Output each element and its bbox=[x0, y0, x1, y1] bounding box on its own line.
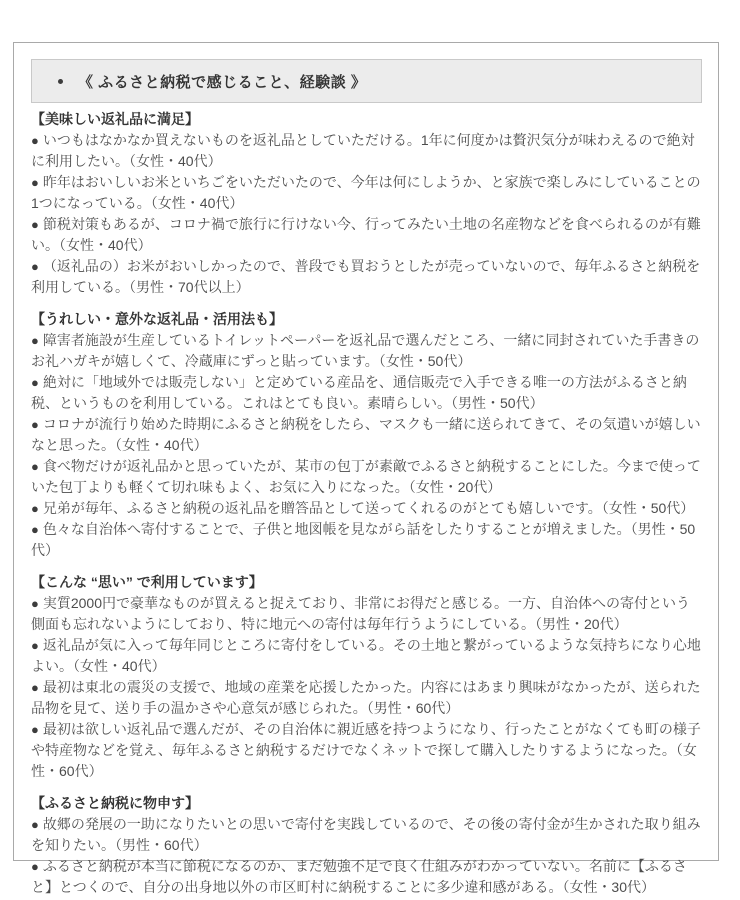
testimonial-text: （返礼品の）お米がおいしかったので、普段でも買おうとしたが売っていないので、毎年… bbox=[31, 258, 700, 295]
section-heading: 【こんな “思い” で利用しています】 bbox=[31, 572, 702, 593]
testimonial-item: ●コロナが流行り始めた時期にふるさと納税をしたら、マスクも一緒に送られてきて、そ… bbox=[31, 414, 702, 456]
bullet-icon: ● bbox=[31, 680, 39, 695]
testimonial-item: ●昨年はおいしいお米といちごをいただいたので、今年は何にしようか、と家族で楽しみ… bbox=[31, 172, 702, 214]
section-heading: 【美味しい返礼品に満足】 bbox=[31, 109, 702, 130]
notice-bar: 《 ふるさと納税で感じること、経験談 》 bbox=[31, 59, 702, 103]
page-frame: 《 ふるさと納税で感じること、経験談 》 【美味しい返礼品に満足】 ●いつもはな… bbox=[13, 42, 719, 861]
testimonial-item: ●故郷の発展の一助になりたいとの思いで寄付を実践しているので、その後の寄付金が生… bbox=[31, 814, 702, 856]
bullet-icon: ● bbox=[31, 859, 39, 874]
testimonial-text: 食べ物だけが返礼品かと思っていたが、某市の包丁が素敵でふるさと納税することにした… bbox=[31, 458, 701, 495]
bullet-icon: ● bbox=[31, 175, 39, 190]
page-title: 《 ふるさと納税で感じること、経験談 》 bbox=[78, 71, 366, 92]
section-unexpected-gifts: 【うれしい・意外な返礼品・活用法も】 ●障害者施設が生産しているトイレットペーパ… bbox=[31, 309, 702, 561]
bullet-icon: ● bbox=[31, 259, 39, 274]
section-motivations: 【こんな “思い” で利用しています】 ●実質2000円で豪華なものが買えると捉… bbox=[31, 572, 702, 782]
bullet-icon: ● bbox=[31, 596, 39, 611]
testimonial-item: ●いつもはなかなか買えないものを返礼品としていただける。1年に何度かは贅沢気分が… bbox=[31, 130, 702, 172]
testimonial-item: ●最初は欲しい返礼品で選んだが、その自治体に親近感を持つようになり、行ったことが… bbox=[31, 719, 702, 782]
testimonial-text: 故郷の発展の一助になりたいとの思いで寄付を実践しているので、その後の寄付金が生か… bbox=[31, 816, 701, 853]
testimonial-text: ふるさと納税が本当に節税になるのか、まだ勉強不足で良く仕組みがわかっていない。名… bbox=[31, 858, 687, 895]
testimonial-item: ●返礼品が気に入って毎年同じところに寄付をしている。その土地と繋がっているような… bbox=[31, 635, 702, 677]
section-heading: 【うれしい・意外な返礼品・活用法も】 bbox=[31, 309, 702, 330]
section-heading: 【ふるさと納税に物申す】 bbox=[31, 793, 702, 814]
testimonial-item: ●最初は東北の震災の支援で、地域の産業を応援したかった。内容にはあまり興味がなか… bbox=[31, 677, 702, 719]
bullet-icon: ● bbox=[31, 417, 39, 432]
section-tasty-gifts: 【美味しい返礼品に満足】 ●いつもはなかなか買えないものを返礼品としていただける… bbox=[31, 109, 702, 298]
bullet-icon: ● bbox=[31, 722, 39, 737]
testimonial-text: 実質2000円で豪華なものが買えると捉えており、非常にお得だと感じる。一方、自治… bbox=[31, 595, 690, 632]
bullet-icon: ● bbox=[31, 459, 39, 474]
testimonial-text: いつもはなかなか買えないものを返礼品としていただける。1年に何度かは贅沢気分が味… bbox=[31, 132, 695, 169]
bullet-icon: ● bbox=[31, 333, 39, 348]
testimonial-item: ●兄弟が毎年、ふるさと納税の返礼品を贈答品として送ってくれるのがとても嬉しいです… bbox=[31, 498, 702, 519]
bullet-icon: ● bbox=[31, 817, 39, 832]
bullet-icon: ● bbox=[31, 522, 39, 537]
testimonial-item: ●色々な自治体へ寄付することで、子供と地図帳を見ながら話をしたりすることが増えま… bbox=[31, 519, 702, 561]
testimonial-text: 最初は欲しい返礼品で選んだが、その自治体に親近感を持つようになり、行ったことがな… bbox=[31, 721, 701, 779]
bullet-icon: ● bbox=[31, 638, 39, 653]
testimonial-item: ●節税対策もあるが、コロナ禍で旅行に行けない今、行ってみたい土地の名産物などを食… bbox=[31, 214, 702, 256]
testimonial-item: ●ふるさと納税が本当に節税になるのか、まだ勉強不足で良く仕組みがわかっていない。… bbox=[31, 856, 702, 898]
bullet-icon: ● bbox=[31, 133, 39, 148]
testimonial-text: 最初は東北の震災の支援で、地域の産業を応援したかった。内容にはあまり興味がなかっ… bbox=[31, 679, 701, 716]
testimonial-content: 【美味しい返礼品に満足】 ●いつもはなかなか買えないものを返礼品としていただける… bbox=[31, 109, 702, 898]
testimonial-item: ●（返礼品の）お米がおいしかったので、普段でも買おうとしたが売っていないので、毎… bbox=[31, 256, 702, 298]
section-complaints: 【ふるさと納税に物申す】 ●故郷の発展の一助になりたいとの思いで寄付を実践してい… bbox=[31, 793, 702, 898]
bullet-icon: ● bbox=[31, 501, 39, 516]
bullet-icon: ● bbox=[31, 375, 39, 390]
testimonial-text: 絶対に「地域外では販売しない」と定めている産品を、通信販売で入手できる唯一の方法… bbox=[31, 374, 687, 411]
testimonial-item: ●絶対に「地域外では販売しない」と定めている産品を、通信販売で入手できる唯一の方… bbox=[31, 372, 702, 414]
testimonial-text: 返礼品が気に入って毎年同じところに寄付をしている。その土地と繋がっているような気… bbox=[31, 637, 701, 674]
testimonial-text: 昨年はおいしいお米といちごをいただいたので、今年は何にしようか、と家族で楽しみに… bbox=[31, 174, 701, 211]
testimonial-item: ●食べ物だけが返礼品かと思っていたが、某市の包丁が素敵でふるさと納税することにし… bbox=[31, 456, 702, 498]
bullet-icon: ● bbox=[31, 217, 39, 232]
testimonial-item: ●障害者施設が生産しているトイレットペーパーを返礼品で選んだところ、一緒に同封さ… bbox=[31, 330, 702, 372]
testimonial-text: 色々な自治体へ寄付することで、子供と地図帳を見ながら話をしたりすることが増えまし… bbox=[31, 521, 695, 558]
testimonial-item: ●実質2000円で豪華なものが買えると捉えており、非常にお得だと感じる。一方、自… bbox=[31, 593, 702, 635]
testimonial-text: コロナが流行り始めた時期にふるさと納税をしたら、マスクも一緒に送られてきて、その… bbox=[31, 416, 701, 453]
list-bullet-icon bbox=[58, 79, 63, 84]
testimonial-text: 節税対策もあるが、コロナ禍で旅行に行けない今、行ってみたい土地の名産物などを食べ… bbox=[31, 216, 701, 253]
testimonial-text: 兄弟が毎年、ふるさと納税の返礼品を贈答品として送ってくれるのがとても嬉しいです。… bbox=[43, 500, 694, 516]
testimonial-text: 障害者施設が生産しているトイレットペーパーを返礼品で選んだところ、一緒に同封され… bbox=[31, 332, 699, 369]
